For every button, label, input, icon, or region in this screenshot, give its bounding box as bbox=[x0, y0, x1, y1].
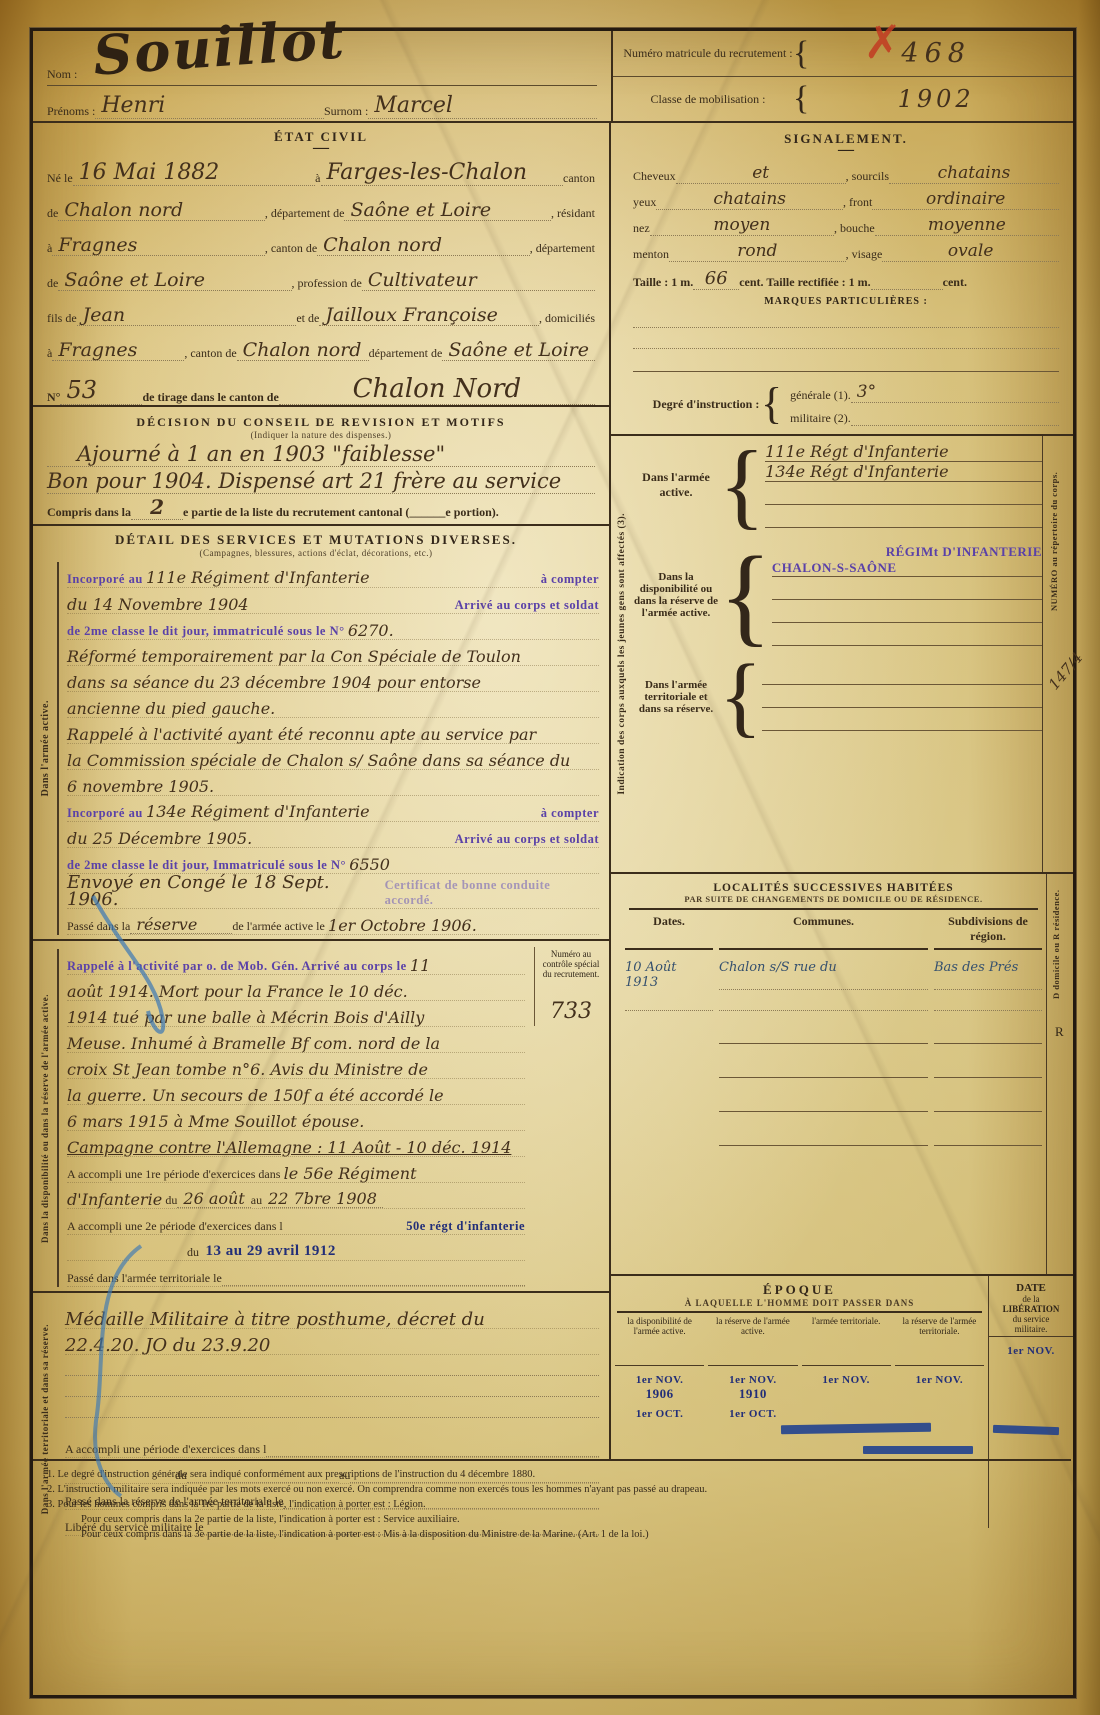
decision-section: DÉCISION DU CONSEIL DE REVISION ET MOTIF… bbox=[33, 407, 609, 524]
birth-canton-label: canton bbox=[563, 171, 595, 186]
taille-label: Taille : 1 m. bbox=[633, 275, 693, 290]
yeux-label: yeux bbox=[633, 195, 656, 210]
canton-line: de Chalon nord , département de Saône et… bbox=[47, 186, 595, 221]
reserve-side-gutter: Dans la disponibilité ou dans la réserve… bbox=[33, 949, 57, 1287]
epoque-date-sub2: LIBÉRATION bbox=[989, 1304, 1073, 1314]
reserve-word: réserve bbox=[130, 916, 232, 934]
localites-dr-value: R bbox=[1055, 1024, 1064, 1040]
instruction-label: Degré d'instruction : bbox=[651, 397, 761, 412]
services-section: DÉTAIL DES SERVICES ET MUTATIONS DIVERSE… bbox=[33, 526, 609, 935]
birth-place: Farges-les-Chalon bbox=[321, 160, 564, 186]
canton-de-label: de bbox=[47, 206, 58, 221]
classe-value: 1902 bbox=[898, 85, 975, 113]
instruction-militaire-label: militaire (2). bbox=[790, 411, 851, 426]
yeux-row: yeux chatains , front ordinaire bbox=[633, 184, 1059, 210]
classe-label: Classe de mobilisation : bbox=[623, 92, 793, 107]
birth-label: Né le bbox=[47, 171, 73, 186]
reserve-line: croix St Jean tombe n°6. Avis du Ministr… bbox=[67, 1053, 525, 1079]
epoque-date-sub1: de la bbox=[989, 1294, 1073, 1304]
parents-line: fils de Jean et de Jailloux Françoise , … bbox=[47, 291, 595, 326]
epoque-v2-4-redacted bbox=[895, 1386, 984, 1402]
compris-line: Compris dans la 2 e partie de la liste d… bbox=[47, 494, 595, 520]
rappele-line3: 6 novembre 1905. bbox=[67, 778, 214, 795]
service-line: ancienne du pied gauche. bbox=[67, 692, 599, 718]
corps-numero-value: 147/4 bbox=[1045, 649, 1087, 694]
blank-line bbox=[772, 623, 1042, 646]
localites-section: LOCALITÉS SUCCESSIVES HABITÉES PAR SUITE… bbox=[611, 874, 1073, 1274]
epoque-date-sub3: du service bbox=[989, 1314, 1073, 1324]
localites-main: LOCALITÉS SUCCESSIVES HABITÉES PAR SUITE… bbox=[611, 874, 1046, 1274]
medaille-text2: 22.4.20. JO du 23.9.20 bbox=[65, 1337, 270, 1354]
service-line: Réformé temporairement par la Con Spécia… bbox=[67, 640, 599, 666]
matricule-row: Numéro matricule du recrutement : { ✗ 46… bbox=[613, 31, 1073, 77]
territoriale-label: Passé dans l'armée territoriale le bbox=[67, 1271, 222, 1286]
nom-line bbox=[47, 71, 597, 86]
passe-reserve-label: Passé dans la bbox=[67, 919, 130, 934]
controle-label: Numéro au contrôle spécial du recrutemen… bbox=[539, 949, 603, 979]
periode1-line2: d'Infanterie du26 aoûtau22 7bre 1908 bbox=[67, 1183, 525, 1209]
signalement-dash: — bbox=[633, 147, 1059, 152]
conge-line: Envoyé en Congé le 18 Sept. 1906. bbox=[67, 874, 381, 908]
corps-dispo-label: Dans la disponibilité ou dans la réserve… bbox=[633, 571, 719, 619]
periode2-line: A accompli une 2e période d'exercices da… bbox=[67, 1209, 525, 1235]
corps-terr-group: Dans l'armée territoriale et dans sa rés… bbox=[633, 662, 1042, 731]
localites-table: Dates. Communes. Subdivisions de région.… bbox=[621, 914, 1046, 1147]
blank-cell bbox=[934, 1011, 1042, 1044]
epoque-v3-2: 1er OCT. bbox=[708, 1402, 797, 1420]
corps-side-gutter: Indication des corps auxquels les jeunes… bbox=[611, 436, 633, 872]
service-line: Passé dans laréservede l'armée active le… bbox=[67, 909, 599, 935]
campagne-line: Campagne contre l'Allemagne : 11 Août - … bbox=[67, 1139, 511, 1156]
residence-value: Fragnes bbox=[52, 235, 265, 256]
reserve-line: 6 mars 1915 à Mme Souillot épouse. bbox=[67, 1105, 525, 1131]
epoque-col-2: la réserve de l'armée active. bbox=[708, 1316, 797, 1366]
services-title: DÉTAIL DES SERVICES ET MUTATIONS DIVERSE… bbox=[33, 532, 599, 548]
menton-value: rond bbox=[669, 241, 846, 262]
blank-cell bbox=[934, 1045, 1042, 1078]
fils-de-label: fils de bbox=[47, 311, 77, 326]
front-label: , front bbox=[843, 195, 872, 210]
periode1-au: au bbox=[251, 1193, 262, 1208]
decision-line1: Ajourné à 1 an en 1903 "faiblesse" bbox=[47, 440, 595, 467]
blank-cell bbox=[719, 1011, 928, 1044]
profession-value: Cultivateur bbox=[362, 270, 595, 291]
localites-dr-label: D domicile ou R résidence. bbox=[1051, 884, 1061, 1004]
decision-line2: Bon pour 1904. Dispensé art 21 frère au … bbox=[47, 467, 595, 494]
stamp-bonne-conduite: Certificat de bonne conduite accordé. bbox=[385, 878, 599, 908]
service-line: de 2me classe le dit jour, immatriculé s… bbox=[67, 614, 599, 640]
reserve-date: 1er Octobre 1906. bbox=[328, 917, 477, 934]
armee-active-label: de l'armée active le bbox=[232, 919, 324, 934]
stamp-mob-gen: Rappelé à l'activité par o. de Mob. Gén.… bbox=[67, 959, 407, 974]
periode2-dates-stamp: 13 au 29 avril 1912 bbox=[206, 1243, 336, 1260]
periode2-label: A accompli une 2e période d'exercices da… bbox=[67, 1219, 283, 1234]
prenoms-label: Prénoms : bbox=[47, 104, 95, 119]
date-incorporation-2: du 25 Décembre 1905. bbox=[67, 830, 252, 847]
footnotes-section: 1. Le degré d'instruction générale sera … bbox=[33, 1459, 1071, 1542]
classe-row: Classe de mobilisation : { 1902 bbox=[613, 77, 1073, 121]
compris-suffix: e partie de la liste du recrutement cant… bbox=[183, 505, 499, 520]
marques-label: MARQUES PARTICULIÈRES : bbox=[633, 296, 1059, 307]
reserve-line: août 1914. Mort pour la France le 10 déc… bbox=[67, 975, 525, 1001]
dept2-value: Saône et Loire bbox=[58, 270, 291, 291]
service-line: Incorporé au 134e Régiment d'Infanterieà… bbox=[67, 796, 599, 822]
blank-line bbox=[772, 600, 1042, 623]
blue-redaction-bar bbox=[863, 1446, 973, 1454]
services-entries: Incorporé au 111e Régiment d'Infanterieà… bbox=[57, 562, 599, 935]
domicile-value: Fragnes bbox=[52, 340, 184, 361]
front-value: ordinaire bbox=[872, 189, 1059, 210]
surnom-label: Surnom : bbox=[324, 104, 368, 119]
instruction-generale-label: générale (1). bbox=[790, 388, 851, 403]
epoque-col-4: la réserve de l'armée territoriale. bbox=[895, 1316, 984, 1366]
stamp-arrive-corps-2: Arrivé au corps et soldat bbox=[455, 832, 599, 847]
localites-col-communes: Communes. bbox=[719, 914, 928, 950]
corps-numero-strip: NUMÉRO au répertoire du corps. 147/4 bbox=[1042, 436, 1073, 872]
blank-cell bbox=[719, 1045, 928, 1078]
prenoms-value: Henri bbox=[95, 93, 324, 119]
medaille-line1: Médaille Militaire à titre posthume, déc… bbox=[65, 1303, 599, 1329]
medaille-line2: 22.4.20. JO du 23.9.20 bbox=[65, 1329, 599, 1355]
service-line: du 25 Décembre 1905.Arrivé au corps et s… bbox=[67, 822, 599, 848]
header-left: Souillot Nom : Prénoms : Henri Surnom : … bbox=[33, 31, 611, 123]
mother-name: Jailloux Françoise bbox=[319, 305, 539, 326]
profession-line: de Saône et Loire , profession de Cultiv… bbox=[47, 256, 595, 291]
blank-line bbox=[851, 425, 1059, 426]
periode2-line2: du 13 au 29 avril 1912 bbox=[67, 1235, 525, 1261]
localites-dr-strip: D domicile ou R résidence. R bbox=[1046, 874, 1073, 1274]
localites-title: LOCALITÉS SUCCESSIVES HABITÉES bbox=[621, 882, 1046, 894]
secours-line2: 6 mars 1915 à Mme Souillot épouse. bbox=[67, 1113, 364, 1130]
military-register-sheet: Souillot Nom : Prénoms : Henri Surnom : … bbox=[0, 0, 1100, 1715]
matricule-6270: 6270. bbox=[348, 622, 394, 639]
reforme-line3: ancienne du pied gauche. bbox=[67, 700, 275, 717]
blank-cell bbox=[625, 1113, 713, 1147]
residant-label: , résidant bbox=[551, 206, 595, 221]
corps-numero-label: NUMÉRO au répertoire du corps. bbox=[1049, 466, 1059, 616]
epoque-v1-3: 1er NOV. bbox=[802, 1366, 891, 1386]
tombe-line: croix St Jean tombe n°6. Avis du Ministr… bbox=[67, 1061, 428, 1078]
residence-dept-label: , département bbox=[530, 241, 595, 256]
departement-label: , département de bbox=[265, 206, 345, 221]
epoque-subtitle: À LAQUELLE L'HOMME DOIT PASSER DANS bbox=[611, 1298, 988, 1308]
domicile-canton-label: , canton de bbox=[184, 346, 236, 361]
prenoms-row: Prénoms : Henri Surnom : Marcel bbox=[47, 93, 597, 119]
epoque-v2-1: 1906 bbox=[615, 1386, 704, 1402]
services-subtitle: (Campagnes, blessures, actions d'éclat, … bbox=[33, 548, 599, 558]
corps-terr-brace: { bbox=[719, 682, 762, 712]
et-de-label: et de bbox=[296, 311, 319, 326]
footnote-4: Pour ceux compris dans la 2e partie de l… bbox=[47, 1512, 1055, 1527]
decision-title: DÉCISION DU CONSEIL DE REVISION ET MOTIF… bbox=[47, 415, 595, 430]
service-line: de 2me classe le dit jour, Immatriculé s… bbox=[67, 848, 599, 874]
blank-cell bbox=[934, 1113, 1042, 1146]
footnote-1: 1. Le degré d'instruction générale sera … bbox=[47, 1467, 1055, 1482]
periode1-label: A accompli une 1re période d'exercices d… bbox=[67, 1167, 280, 1182]
epoque-v1-4: 1er NOV. bbox=[895, 1366, 984, 1386]
epoque-col-3: l'armée territoriale. bbox=[802, 1316, 891, 1366]
corps-dispo-stamp-ville: CHALON-S-SAÔNE bbox=[772, 560, 1042, 577]
visage-value: ovale bbox=[882, 241, 1059, 262]
mort-line1: août 1914. Mort pour la France le 10 déc… bbox=[67, 983, 408, 1000]
periode2-regiment-stamp: 50e régt d'infanterie bbox=[406, 1219, 525, 1234]
blank-cell bbox=[895, 1402, 984, 1420]
epoque-v3-1: 1er OCT. bbox=[615, 1402, 704, 1420]
blank-cell bbox=[934, 1079, 1042, 1112]
blank-line bbox=[222, 1285, 525, 1286]
service-line: Envoyé en Congé le 18 Sept. 1906. Certif… bbox=[67, 874, 599, 909]
blank-line bbox=[871, 289, 943, 290]
rappele-line1: Rappelé à l'activité ayant été reconnu a… bbox=[67, 726, 536, 743]
canton-value: Chalon nord bbox=[58, 200, 265, 221]
nez-label: nez bbox=[633, 221, 650, 236]
reforme-line2: dans sa séance du 23 décembre 1904 pour … bbox=[67, 674, 481, 691]
regiment-111: 111e Régiment d'Infanterie bbox=[146, 568, 370, 587]
tirage-no-label: N° bbox=[47, 390, 60, 405]
blank-line bbox=[65, 1397, 599, 1418]
epoque-date-value: 1er NOV. bbox=[989, 1337, 1073, 1357]
corps-active-regiment-1: 111e Régt d'Infanterie bbox=[765, 442, 1042, 462]
localites-brace-rule bbox=[629, 908, 1038, 910]
tirage-number: 53 bbox=[60, 376, 142, 405]
services-side-label: Dans l'armée active. bbox=[40, 700, 51, 796]
footnote-3: 3. Pour les hommes compris dans la 1re p… bbox=[47, 1497, 1055, 1512]
epoque-col-1: la disponibilité de l'armée active. bbox=[615, 1316, 704, 1366]
decision-subtitle: (Indiquer la nature des dispenses.) bbox=[47, 430, 595, 440]
exercice-line: A accompli une période d'exercices dans … bbox=[65, 1432, 599, 1458]
reserve-line: la guerre. Un secours de 150f a été acco… bbox=[67, 1079, 525, 1105]
signalement-section: SIGNALEMENT. — Cheveux et , sourcils cha… bbox=[611, 123, 1073, 372]
reserve-line: Rappelé à l'activité par o. de Mob. Gén.… bbox=[67, 949, 525, 975]
residence-canton-label: , canton de bbox=[265, 241, 317, 256]
periode1-end: 22 7bre 1908 bbox=[262, 1190, 383, 1208]
controle-box: Numéro au contrôle spécial du recrutemen… bbox=[534, 947, 605, 1026]
date-incorporation-1: du 14 Novembre 1904 bbox=[67, 596, 249, 613]
blank-cell bbox=[719, 990, 928, 1011]
periode1-infanterie: d'Infanterie bbox=[67, 1191, 162, 1208]
stamp-classe: de 2me classe le dit jour, immatriculé s… bbox=[67, 624, 345, 639]
blank-line bbox=[762, 662, 1042, 685]
corps-active-regiment-2: 134e Régt d'Infanterie bbox=[765, 462, 1042, 482]
stamp-arrive-corps: Arrivé au corps et soldat bbox=[455, 598, 599, 613]
stamp-classe-2: de 2me classe le dit jour, Immatriculé s… bbox=[67, 858, 346, 873]
taille-rectifiee-label: cent. Taille rectifiée : 1 m. bbox=[739, 275, 870, 290]
reserve-entries: Rappelé à l'activité par o. de Mob. Gén.… bbox=[57, 949, 525, 1287]
blank-line bbox=[772, 577, 1042, 600]
blank-line bbox=[633, 349, 1059, 372]
yeux-value: chatains bbox=[656, 189, 843, 210]
classe-brace: { bbox=[793, 84, 809, 114]
departement-value: Saône et Loire bbox=[344, 200, 551, 221]
blank-line bbox=[65, 1376, 599, 1397]
service-line: la Commission spéciale de Chalon s/ Saôn… bbox=[67, 744, 599, 770]
epoque-v1-1: 1er NOV. bbox=[615, 1366, 704, 1386]
secours-line1: la guerre. Un secours de 150f a été acco… bbox=[67, 1087, 444, 1104]
epoque-date-sub4: militaire. bbox=[989, 1324, 1073, 1337]
corps-active-brace: { bbox=[719, 470, 765, 500]
domicile-line: à Fragnes , canton de Chalon nord départ… bbox=[47, 326, 595, 361]
medaille-text1: Médaille Militaire à titre posthume, déc… bbox=[65, 1311, 485, 1328]
epoque-grid: la disponibilité de l'armée active. la r… bbox=[611, 1316, 988, 1420]
domicile-dept-label: département de bbox=[369, 346, 443, 361]
periode1-du: du bbox=[165, 1193, 177, 1208]
exercice-label: A accompli une période d'exercices dans … bbox=[65, 1442, 266, 1457]
instruction-brace: { bbox=[761, 389, 782, 419]
blank-cell bbox=[625, 1079, 713, 1113]
localites-subtitle: PAR SUITE DE CHANGEMENTS DE DOMICILE OU … bbox=[621, 894, 1046, 904]
residence-line: à Fragnes , canton de Chalon nord , dépa… bbox=[47, 221, 595, 256]
cheveux-label: Cheveux bbox=[633, 169, 676, 184]
instruction-generale-value: 3° bbox=[851, 382, 1059, 403]
tirage-label: de tirage dans le canton de bbox=[142, 390, 278, 405]
corps-dispo-stamp-regiment: RÉGIMt D'INFANTERIE bbox=[772, 544, 1042, 560]
blank-line bbox=[266, 1456, 599, 1457]
blank-cell bbox=[625, 1045, 713, 1079]
periode1-regiment: le 56e Régiment bbox=[284, 1165, 417, 1182]
localites-col-subdiv: Subdivisions de région. bbox=[934, 914, 1042, 950]
tirage-line: N° 53 de tirage dans le canton de Chalon… bbox=[47, 361, 595, 405]
epoque-brace-rule bbox=[617, 1311, 982, 1313]
rappele-line2: la Commission spéciale de Chalon s/ Saôn… bbox=[67, 752, 570, 769]
blank-cell bbox=[934, 990, 1042, 1011]
blank-line bbox=[65, 1355, 599, 1376]
nez-row: nez moyen , bouche moyenne bbox=[633, 210, 1059, 236]
blank-line bbox=[762, 685, 1042, 708]
inhume-line: Meuse. Inhumé à Bramelle Bf com. nord de… bbox=[67, 1035, 440, 1052]
territoriale-line: Passé dans l'armée territoriale le bbox=[67, 1261, 525, 1287]
menton-label: menton bbox=[633, 247, 669, 262]
service-line: Incorporé au 111e Régiment d'Infanterieà… bbox=[67, 562, 599, 588]
periode2-du: du bbox=[187, 1245, 199, 1260]
corps-dispo-group: Dans la disponibilité ou dans la réserve… bbox=[633, 544, 1042, 646]
services-side-gutter: Dans l'armée active. bbox=[33, 562, 57, 935]
birth-date: 16 Mai 1882 bbox=[73, 160, 316, 186]
reserve-side-label: Dans la disponibilité ou dans la réserve… bbox=[40, 994, 50, 1243]
menton-row: menton rond , visage ovale bbox=[633, 236, 1059, 262]
sourcils-label: , sourcils bbox=[846, 169, 889, 184]
cheveux-row: Cheveux et , sourcils chatains bbox=[633, 158, 1059, 184]
regiment-134: 134e Régiment d'Infanterie bbox=[146, 802, 370, 821]
blank-cell bbox=[625, 990, 713, 1011]
corps-terr-label: Dans l'armée territoriale et dans sa rés… bbox=[633, 679, 719, 715]
taille-cent-label: cent. bbox=[943, 275, 967, 290]
localites-col-dates: Dates. bbox=[625, 914, 713, 950]
surnom-value: Marcel bbox=[368, 93, 597, 119]
corps-active-label: Dans l'armée active. bbox=[633, 470, 719, 500]
blank-line bbox=[633, 307, 1059, 328]
stamp-incorpore: Incorporé au bbox=[67, 572, 143, 586]
periode1-line: A accompli une 1re période d'exercices d… bbox=[67, 1157, 525, 1183]
taille-value: 66 bbox=[693, 268, 739, 290]
matricule-6550: 6550 bbox=[349, 856, 390, 873]
instruction-section: Degré d'instruction : { générale (1). 3°… bbox=[611, 372, 1073, 434]
domicile-canton-value: Chalon nord bbox=[237, 340, 369, 361]
taille-row: Taille : 1 m. 66 cent. Taille rectifiée … bbox=[633, 262, 1059, 290]
birth-line: Né le 16 Mai 1882 à Farges-les-Chalon ca… bbox=[47, 151, 595, 186]
corps-side-label: Indication des corps auxquels les jeunes… bbox=[617, 513, 627, 795]
cheveux-value: et bbox=[676, 163, 846, 184]
epoque-v2-2: 1910 bbox=[708, 1386, 797, 1402]
reserve-line: Campagne contre l'Allemagne : 11 Août - … bbox=[67, 1131, 525, 1157]
service-line: 6 novembre 1905. bbox=[67, 770, 599, 796]
localites-row-commune: Chalon s/S rue du bbox=[719, 950, 928, 990]
matricule-red-cross-mark: ✗ bbox=[863, 22, 902, 62]
mob-day: 11 bbox=[410, 957, 430, 974]
compris-label: Compris dans la bbox=[47, 505, 131, 520]
epoque-title: ÉPOQUE bbox=[611, 1282, 988, 1298]
compris-value: 2 bbox=[131, 495, 183, 520]
corps-dispo-brace: { bbox=[719, 580, 772, 610]
mort-line2: 1914 tué par une balle à Mécrin Bois d'A… bbox=[67, 1009, 424, 1026]
reserve-line: Meuse. Inhumé à Bramelle Bf com. nord de… bbox=[67, 1027, 525, 1053]
sourcils-value: chatains bbox=[889, 163, 1059, 184]
service-line: dans sa séance du 23 décembre 1904 pour … bbox=[67, 666, 599, 692]
matricule-brace: { bbox=[793, 39, 809, 69]
blank-line bbox=[762, 708, 1042, 731]
epoque-v2-3-redacted bbox=[802, 1386, 891, 1402]
blank-line bbox=[765, 482, 1042, 505]
localites-row-subdiv: Bas des Prés bbox=[934, 950, 1042, 990]
periode1-start: 26 août bbox=[177, 1190, 250, 1208]
stamp-incorpore-2: Incorporé au bbox=[67, 806, 143, 820]
visage-label: , visage bbox=[846, 247, 883, 262]
controle-value: 733 bbox=[539, 999, 603, 1024]
dept2-de-label: de bbox=[47, 276, 58, 291]
footnote-5: Pour ceux compris dans la 3e partie de l… bbox=[47, 1527, 1055, 1542]
bouche-label: , bouche bbox=[834, 221, 875, 236]
matricule-value: 468 bbox=[901, 38, 971, 69]
residence-canton-value: Chalon nord bbox=[317, 235, 530, 256]
etat-civil-section: ÉTAT CIVIL — Né le 16 Mai 1882 à Farges-… bbox=[33, 123, 609, 405]
reserve-section: Numéro au contrôle spécial du recrutemen… bbox=[33, 941, 609, 1287]
epoque-v1-2: 1er NOV. bbox=[708, 1366, 797, 1386]
stamp-a-compter: à compter bbox=[541, 572, 599, 587]
footnote-2: 2. L'instruction militaire sera indiquée… bbox=[47, 1482, 1055, 1497]
right-column: SIGNALEMENT. — Cheveux et , sourcils cha… bbox=[611, 123, 1073, 1459]
service-line: Rappelé à l'activité ayant été reconnu a… bbox=[67, 718, 599, 744]
tirage-canton: Chalon Nord bbox=[279, 374, 595, 405]
corps-main: Dans l'armée active. { 111e Régt d'Infan… bbox=[633, 436, 1042, 872]
profession-label: , profession de bbox=[292, 276, 362, 291]
reserve-line: 1914 tué par une balle à Mécrin Bois d'A… bbox=[67, 1001, 525, 1027]
blank-line bbox=[633, 328, 1059, 349]
service-line: du 14 Novembre 1904Arrivé au corps et so… bbox=[67, 588, 599, 614]
matricule-label: Numéro matricule du recrutement : bbox=[623, 46, 793, 61]
epoque-date-title: DATE bbox=[989, 1282, 1073, 1294]
blank-line bbox=[765, 505, 1042, 528]
localites-row-date: 10 Août 1913 bbox=[625, 950, 713, 990]
document-frame: Souillot Nom : Prénoms : Henri Surnom : … bbox=[30, 28, 1076, 1698]
reforme-line1: Réformé temporairement par la Con Spécia… bbox=[67, 648, 521, 665]
father-name: Jean bbox=[77, 305, 297, 326]
blank-cell bbox=[625, 1011, 713, 1045]
bouche-value: moyenne bbox=[875, 215, 1059, 236]
domicile-dept-value: Saône et Loire bbox=[442, 340, 595, 361]
blank-cell bbox=[719, 1079, 928, 1112]
corps-active-group: Dans l'armée active. { 111e Régt d'Infan… bbox=[633, 442, 1042, 528]
nez-value: moyen bbox=[650, 215, 834, 236]
corps-section: Indication des corps auxquels les jeunes… bbox=[611, 436, 1073, 872]
domicilies-label: , domiciliés bbox=[539, 311, 595, 326]
blank-cell bbox=[719, 1113, 928, 1146]
stamp-a-compter-2: à compter bbox=[541, 806, 599, 821]
left-column: ÉTAT CIVIL — Né le 16 Mai 1882 à Farges-… bbox=[33, 123, 611, 1459]
header-right: Numéro matricule du recrutement : { ✗ 46… bbox=[611, 31, 1073, 123]
blank-cell bbox=[802, 1402, 891, 1420]
